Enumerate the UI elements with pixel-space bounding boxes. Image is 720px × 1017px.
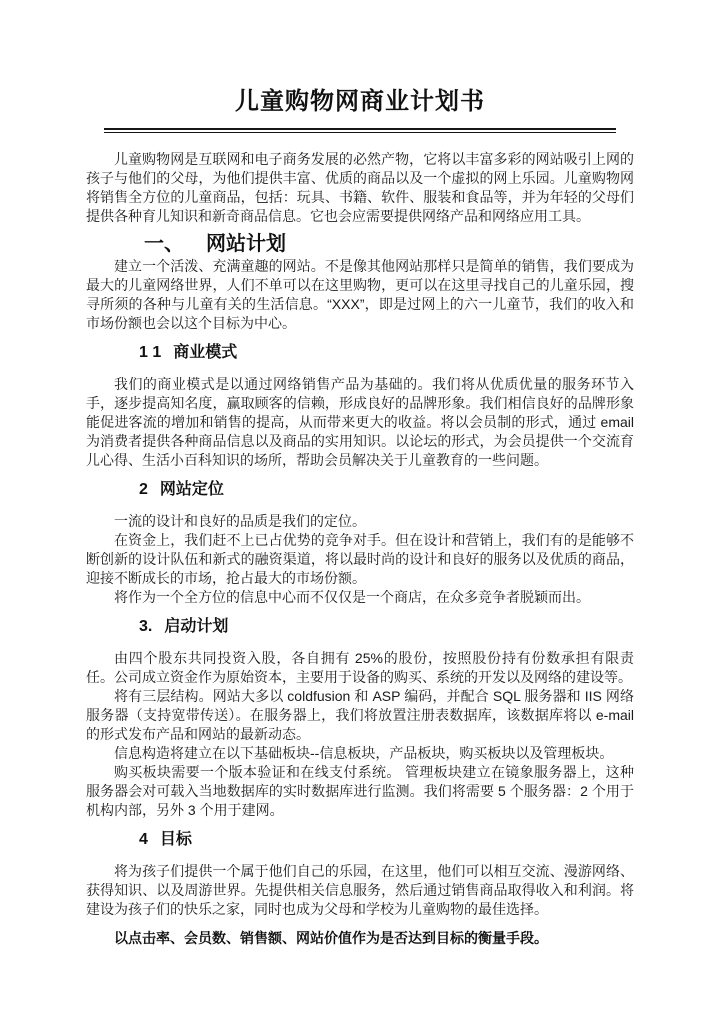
section-heading-site-positioning: 2网站定位 — [86, 479, 634, 500]
document-title: 儿童购物网商业计划书 — [86, 86, 634, 118]
paragraph-launch-4: 购买板块需要一个版本验证和在线支付系统。 管理板块建立在镜象服务器上，这种服务器… — [86, 763, 634, 820]
section-heading-website-plan: 一、网站计划 — [86, 233, 634, 256]
section-heading-business-model: 1 1商业模式 — [86, 342, 634, 363]
section-heading-launch-plan: 3.启动计划 — [86, 616, 634, 637]
paragraph-launch-1: 由四个股东共同投资入股，各自拥有 25%的股份，按照股份持有份数承担有限责任。公… — [86, 649, 634, 687]
section-number: 4 — [139, 831, 148, 848]
section-title: 网站计划 — [206, 233, 286, 255]
paragraph-positioning-3: 将作为一个全方位的信息中心而不仅仅是一个商店，在众多竞争者脱颖而出。 — [86, 588, 634, 607]
paragraph-goals-metrics: 以点击率、会员数、销售额、网站价值作为是否达到目标的衡量手段。 — [86, 929, 634, 948]
section-heading-goals: 4目标 — [86, 829, 634, 850]
paragraph-business-model: 我们的商业模式是以通过网络销售产品为基础的。我们将从优质优量的服务环节入手，逐步… — [86, 375, 634, 470]
document-page: 儿童购物网商业计划书 儿童购物网是互联网和电子商务发展的必然产物，它将以丰富多彩… — [0, 0, 720, 1017]
paragraph-goals: 将为孩子们提供一个属于他们自己的乐园，在这里，他们可以相互交流、漫游网络、获得知… — [86, 862, 634, 919]
section-title: 目标 — [160, 831, 192, 848]
section-number: 3. — [139, 618, 152, 635]
paragraph-positioning-1: 一流的设计和良好的品质是我们的定位。 — [86, 512, 634, 531]
section-number: 1 1 — [139, 344, 161, 361]
section-number: 2 — [139, 481, 148, 498]
title-divider — [104, 128, 616, 133]
section-number: 一、 — [144, 233, 184, 255]
section-title: 启动计划 — [164, 618, 228, 635]
paragraph-launch-2: 将有三层结构。网站大多以 coldfusion 和 ASP 编码，并配合 SQL… — [86, 687, 634, 744]
intro-paragraph: 儿童购物网是互联网和电子商务发展的必然产物，它将以丰富多彩的网站吸引上网的孩子与… — [86, 150, 634, 226]
section-title: 商业模式 — [173, 344, 237, 361]
paragraph-positioning-2: 在资金上，我们赶不上已占优势的竞争对手。但在设计和营销上，我们有的是能够不断创新… — [86, 531, 634, 588]
paragraph-website-plan: 建立一个活泼、充满童趣的网站。不是像其他网站那样只是简单的销售，我们要成为最大的… — [86, 257, 634, 333]
section-title: 网站定位 — [160, 481, 224, 498]
paragraph-launch-3: 信息构造将建立在以下基础板块--信息板块，产品板块，购买板块以及管理板块。 — [86, 744, 634, 763]
